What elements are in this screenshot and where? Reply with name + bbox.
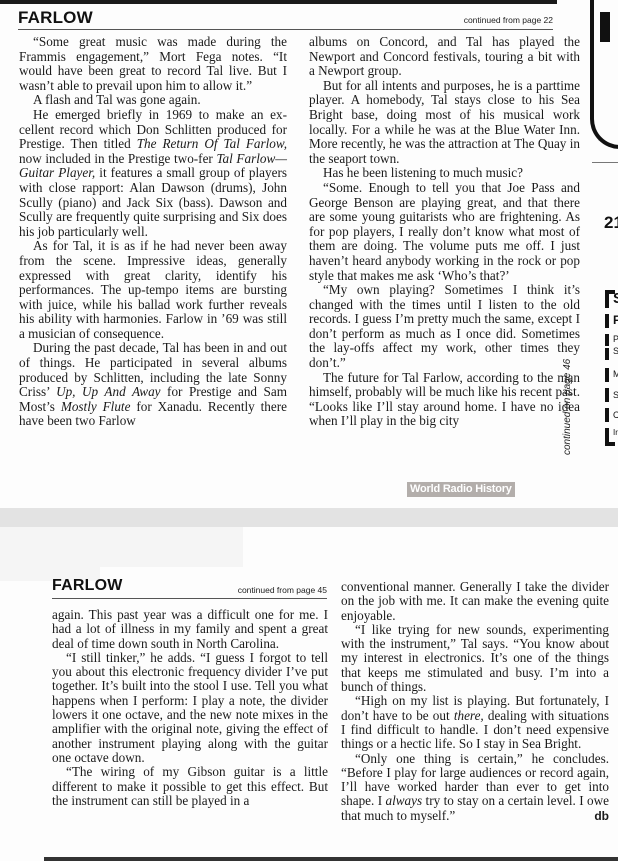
- continued-from-label: continued from page 45: [238, 585, 327, 595]
- sidebar-number: 21: [604, 213, 618, 233]
- decorative-block: [600, 12, 610, 42]
- paragraph: conventional manner. Generally I take th…: [341, 580, 609, 623]
- article-header: FARLOW continued from page 45: [52, 577, 327, 599]
- db-end-mark: db: [580, 809, 609, 823]
- sidebar-letter: Ir: [613, 428, 618, 437]
- album-title: Mostly Flute: [61, 399, 131, 414]
- top-page-scan: FARLOW continued from page 22 “Some grea…: [0, 0, 618, 508]
- sidebar-letter: S: [613, 290, 618, 307]
- right-column: conventional manner. Generally I take th…: [341, 580, 609, 823]
- divider: [592, 162, 618, 163]
- article-header: FARLOW continued from page 22: [18, 8, 553, 30]
- page-separator: [0, 508, 618, 527]
- paragraph: During the past decade, Tal has been in …: [19, 341, 287, 429]
- watermark-label: World Radio History: [407, 482, 515, 497]
- sidebar-letter: S: [613, 390, 618, 400]
- paragraph: again. This past year was a difficult on…: [52, 608, 328, 651]
- sidebar-letter: P: [613, 334, 618, 344]
- bracket-cap: [605, 442, 615, 446]
- paragraph: “Only one thing is certain,” he conclude…: [341, 752, 609, 823]
- sidebar-letter: F: [613, 313, 618, 327]
- bottom-rule: [44, 857, 618, 861]
- article-title: FARLOW: [18, 8, 93, 28]
- emphasis: always: [386, 793, 423, 808]
- album-title: Up, Up And Away: [56, 384, 160, 399]
- text-run: now included in the Prestige two-fer: [19, 151, 216, 166]
- top-rule: [0, 0, 557, 4]
- paragraph: albums on Concord, and Tal has played th…: [309, 35, 580, 79]
- paragraph: “Some. Enough to tell you that Joe Pass …: [309, 181, 580, 283]
- sidebar-bracket: S F P S M S C Ir: [605, 290, 618, 450]
- bracket-bar: [605, 368, 609, 382]
- bracket-bar: [605, 408, 609, 422]
- paragraph: “High on my list is playing. But fortuna…: [341, 694, 609, 751]
- bracket-bar: [605, 334, 609, 346]
- article-title: FARLOW: [52, 577, 123, 595]
- bracket-bar: [605, 348, 609, 360]
- paragraph: He emerged briefly in 1969 to make an ex…: [19, 108, 287, 239]
- left-column: “Some great music was made during the Fr…: [19, 35, 287, 429]
- paragraph: A flash and Tal was gone again.: [19, 93, 287, 108]
- bracket-bar: [605, 388, 609, 402]
- paragraph: “My own playing? Sometimes I think it’s …: [309, 283, 580, 371]
- paragraph: “Some great music was made during the Fr…: [19, 35, 287, 93]
- continued-on-label: continued on page 46: [562, 359, 573, 455]
- bleed-through-shape: [0, 527, 243, 567]
- paragraph: “I like trying for new sounds, experimen…: [341, 623, 609, 694]
- paragraph: The future for Tal Farlow, according to …: [309, 371, 580, 429]
- emphasis: there,: [454, 708, 484, 723]
- continued-from-label: continued from page 22: [464, 15, 553, 25]
- paragraph: Has he been listening to much music?: [309, 166, 580, 181]
- right-column: albums on Concord, and Tal has played th…: [309, 35, 580, 429]
- paragraph: “I still tinker,” he adds. “I guess I fo…: [52, 651, 328, 765]
- sidebar-letter: C: [613, 410, 618, 420]
- paragraph: “The wiring of my Gibson guitar is a lit…: [52, 765, 328, 808]
- bracket-bar: [605, 314, 609, 328]
- sidebar-letter: M: [613, 369, 618, 379]
- paragraph: As for Tal, it is as if he had never bee…: [19, 239, 287, 341]
- paragraph: But for all intents and purposes, he is …: [309, 79, 580, 167]
- left-column: again. This past year was a difficult on…: [52, 608, 328, 808]
- bottom-page-scan: FARLOW continued from page 45 again. Thi…: [0, 527, 618, 861]
- adjacent-page-edge: 21 S F P S M S C Ir: [584, 0, 618, 480]
- sidebar-letter: S: [613, 346, 618, 356]
- album-title: The Return Of Tal Far­low,: [137, 136, 287, 151]
